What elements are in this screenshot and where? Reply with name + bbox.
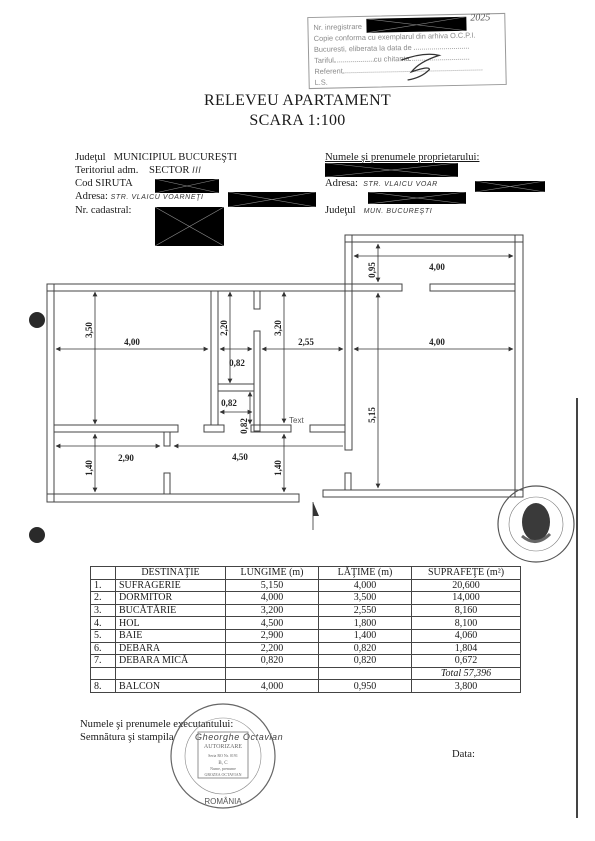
judet-row: Judeţul MUNICIPIUL BUCUREŞTI: [75, 151, 237, 164]
cell-room: DORMITOR: [116, 592, 226, 605]
owner-adresa-row: Adresa: STR. VLAICU VOAR: [325, 177, 479, 191]
adresa-handwritten: STR. VLAICU VOARNEŢI: [111, 194, 204, 201]
cell-index: 3.: [91, 604, 116, 617]
stamp-autorizare-text: AUTORIZARE: [204, 744, 243, 750]
cell-room: BALCON: [116, 680, 226, 693]
stamp-name-text: GROZEA OCTAVIAN: [204, 772, 241, 777]
cell-length: 0,820: [226, 655, 319, 668]
table-header-row: DESTINAŢIE LUNGIME (m) LĂŢIME (m) SUPRAF…: [91, 567, 521, 580]
cell-area: 1,804: [412, 642, 521, 655]
cell-width: 2,550: [319, 604, 412, 617]
cell-room: BUCĂTĂRIE: [116, 604, 226, 617]
owner-judet-handwritten: MUN. BUCUREŞTI: [364, 208, 433, 215]
reg-tariff-label: Tariful: [314, 56, 334, 65]
ocpi-stamp-icon: [490, 482, 586, 566]
dim-balcon-width: 4,00: [429, 262, 445, 272]
cell-empty: [319, 667, 412, 680]
cell-index: 8.: [91, 680, 116, 693]
adresa-label: Adresa:: [75, 191, 108, 202]
teritoriu-value: SECTOR: [149, 165, 189, 176]
cell-empty: [91, 667, 116, 680]
header-index: [91, 567, 116, 580]
dim-sufragerie-length: 5,15: [367, 407, 377, 423]
cell-room: BAIE: [116, 629, 226, 642]
table-row: 5.BAIE2,9001,4004,060: [91, 629, 521, 642]
registration-year: 2025: [470, 12, 490, 23]
dim-debara-mica-width: 0,82: [221, 398, 237, 408]
judet-value: MUNICIPIUL BUCUREŞTI: [114, 152, 238, 163]
cell-width: 1,400: [319, 629, 412, 642]
table-total-row: Total 57,396: [91, 667, 521, 680]
cell-empty: [226, 667, 319, 680]
cell-width: 0,950: [319, 680, 412, 693]
executant-stamp-icon: ROMÂNIA AUTORIZARE Seria RO Nr. 0191 B, …: [168, 700, 278, 812]
cell-area: 3,800: [412, 680, 521, 693]
dim-baie-width: 2,90: [118, 453, 134, 463]
reg-referent-label: Referent: [314, 66, 343, 76]
cell-empty: [116, 667, 226, 680]
redacted-siruta: [155, 179, 219, 193]
owner-judet-label: Judeţul: [325, 205, 356, 216]
cell-length: 4,000: [226, 592, 319, 605]
cell-area: 8,160: [412, 604, 521, 617]
dim-bucatarie-depth: 3,20: [273, 320, 283, 336]
cell-index: 7.: [91, 655, 116, 668]
cell-length: 4,000: [226, 680, 319, 693]
plan-annotation: Text: [289, 416, 304, 425]
redacted-address: [228, 192, 316, 207]
cell-length: 4,500: [226, 617, 319, 630]
cell-length: 2,900: [226, 629, 319, 642]
cell-width: 1,800: [319, 617, 412, 630]
cell-width: 3,500: [319, 592, 412, 605]
cell-room: SUFRAGERIE: [116, 579, 226, 592]
header-latime: LĂŢIME (m): [319, 567, 412, 580]
cell-room: DEBARA MICĂ: [116, 655, 226, 668]
cell-index: 6.: [91, 642, 116, 655]
margin-line: [576, 398, 578, 818]
dim-baie-depth: 1,40: [84, 460, 94, 476]
table-row-balcon: 8.BALCON4,0000,9503,800: [91, 680, 521, 693]
cell-index: 5.: [91, 629, 116, 642]
cell-area: 20,600: [412, 579, 521, 592]
rooms-table: DESTINAŢIE LUNGIME (m) LĂŢIME (m) SUPRAF…: [90, 566, 521, 693]
dim-sufragerie-width: 4,00: [429, 337, 445, 347]
cell-width: 0,820: [319, 655, 412, 668]
cell-length: 3,200: [226, 604, 319, 617]
document-scale: SCARA 1:100: [0, 112, 595, 130]
cell-length: 5,150: [226, 579, 319, 592]
dim-dormitor-width: 4,00: [124, 337, 140, 347]
table-row: 6.DEBARA2,2000,8201,804: [91, 642, 521, 655]
sector-handwritten: III: [192, 165, 201, 175]
north-arrow-icon: [313, 502, 319, 516]
dim-bucatarie-width: 2,55: [298, 337, 314, 347]
cell-area: 14,000: [412, 592, 521, 605]
cell-room: DEBARA: [116, 642, 226, 655]
siruta-label: Cod SIRUTA: [75, 178, 133, 189]
redacted-owner-address-2: [368, 192, 466, 204]
right-info-block: Numele şi prenumele proprietarului: Adre…: [325, 151, 479, 218]
judet-label: Judeţul: [75, 152, 106, 163]
dim-debara-width: 0,82: [229, 358, 245, 368]
dim-debara-mica-depth: 0,82: [239, 418, 249, 434]
table-row: 4.HOL4,5001,8008,100: [91, 617, 521, 630]
cell-total: Total 57,396: [412, 667, 521, 680]
teritoriu-label: Teritoriul adm.: [75, 165, 138, 176]
cell-index: 1.: [91, 579, 116, 592]
cell-width: 0,820: [319, 642, 412, 655]
document-title: RELEVEU APARTAMENT: [0, 92, 595, 110]
teritoriu-row: Teritoriul adm. SECTOR III: [75, 164, 237, 177]
dim-hol-length: 4,50: [232, 452, 248, 462]
dim-debara-depth: 2,20: [219, 320, 229, 336]
owner-judet-row: Judeţul MUN. BUCUREŞTI: [325, 204, 479, 218]
owner-adresa-label: Adresa:: [325, 178, 358, 189]
cell-width: 4,000: [319, 579, 412, 592]
cell-length: 2,200: [226, 642, 319, 655]
reg-date-label: Bucuresti, eliberata la data de: [314, 43, 412, 54]
signature-scribble-icon: [399, 49, 450, 82]
owner-adresa-handwritten: STR. VLAICU VOAR: [363, 181, 438, 188]
cell-room: HOL: [116, 617, 226, 630]
header-suprafete: SUPRAFEŢE (m²): [412, 567, 521, 580]
header-lungime: LUNGIME (m): [226, 567, 319, 580]
cadastral-label: Nr. cadastral:: [75, 205, 131, 216]
dim-hol-depth: 1,40: [273, 460, 283, 476]
dim-dormitor-depth: 3,50: [84, 322, 94, 338]
stamp-country-text: ROMÂNIA: [204, 797, 242, 806]
table-row: 7.DEBARA MICĂ0,8200,8200,672: [91, 655, 521, 668]
cell-area: 8,100: [412, 617, 521, 630]
reg-line-number: Nr. inregistrare: [313, 22, 362, 32]
cell-index: 2.: [91, 592, 116, 605]
cell-index: 4.: [91, 617, 116, 630]
redacted-owner-name: [325, 163, 458, 177]
dim-balcon-depth: 0,95: [367, 262, 377, 278]
cell-area: 4,060: [412, 629, 521, 642]
registration-stamp: 2025 Nr. inregistrare Copie conforma cu …: [307, 13, 506, 89]
table-row: 2.DORMITOR4,0003,50014,000: [91, 592, 521, 605]
header-destinatie: DESTINAŢIE: [116, 567, 226, 580]
date-label: Data:: [452, 748, 475, 761]
redacted-owner-address-1: [475, 181, 545, 192]
reg-line-ls: L.S.: [315, 78, 328, 87]
table-row: 3.BUCĂTĂRIE3,2002,5508,160: [91, 604, 521, 617]
cell-area: 0,672: [412, 655, 521, 668]
stamp-serie-text: Seria RO Nr. 0191: [208, 753, 238, 758]
table-row: 1.SUFRAGERIE5,1504,00020,600: [91, 579, 521, 592]
